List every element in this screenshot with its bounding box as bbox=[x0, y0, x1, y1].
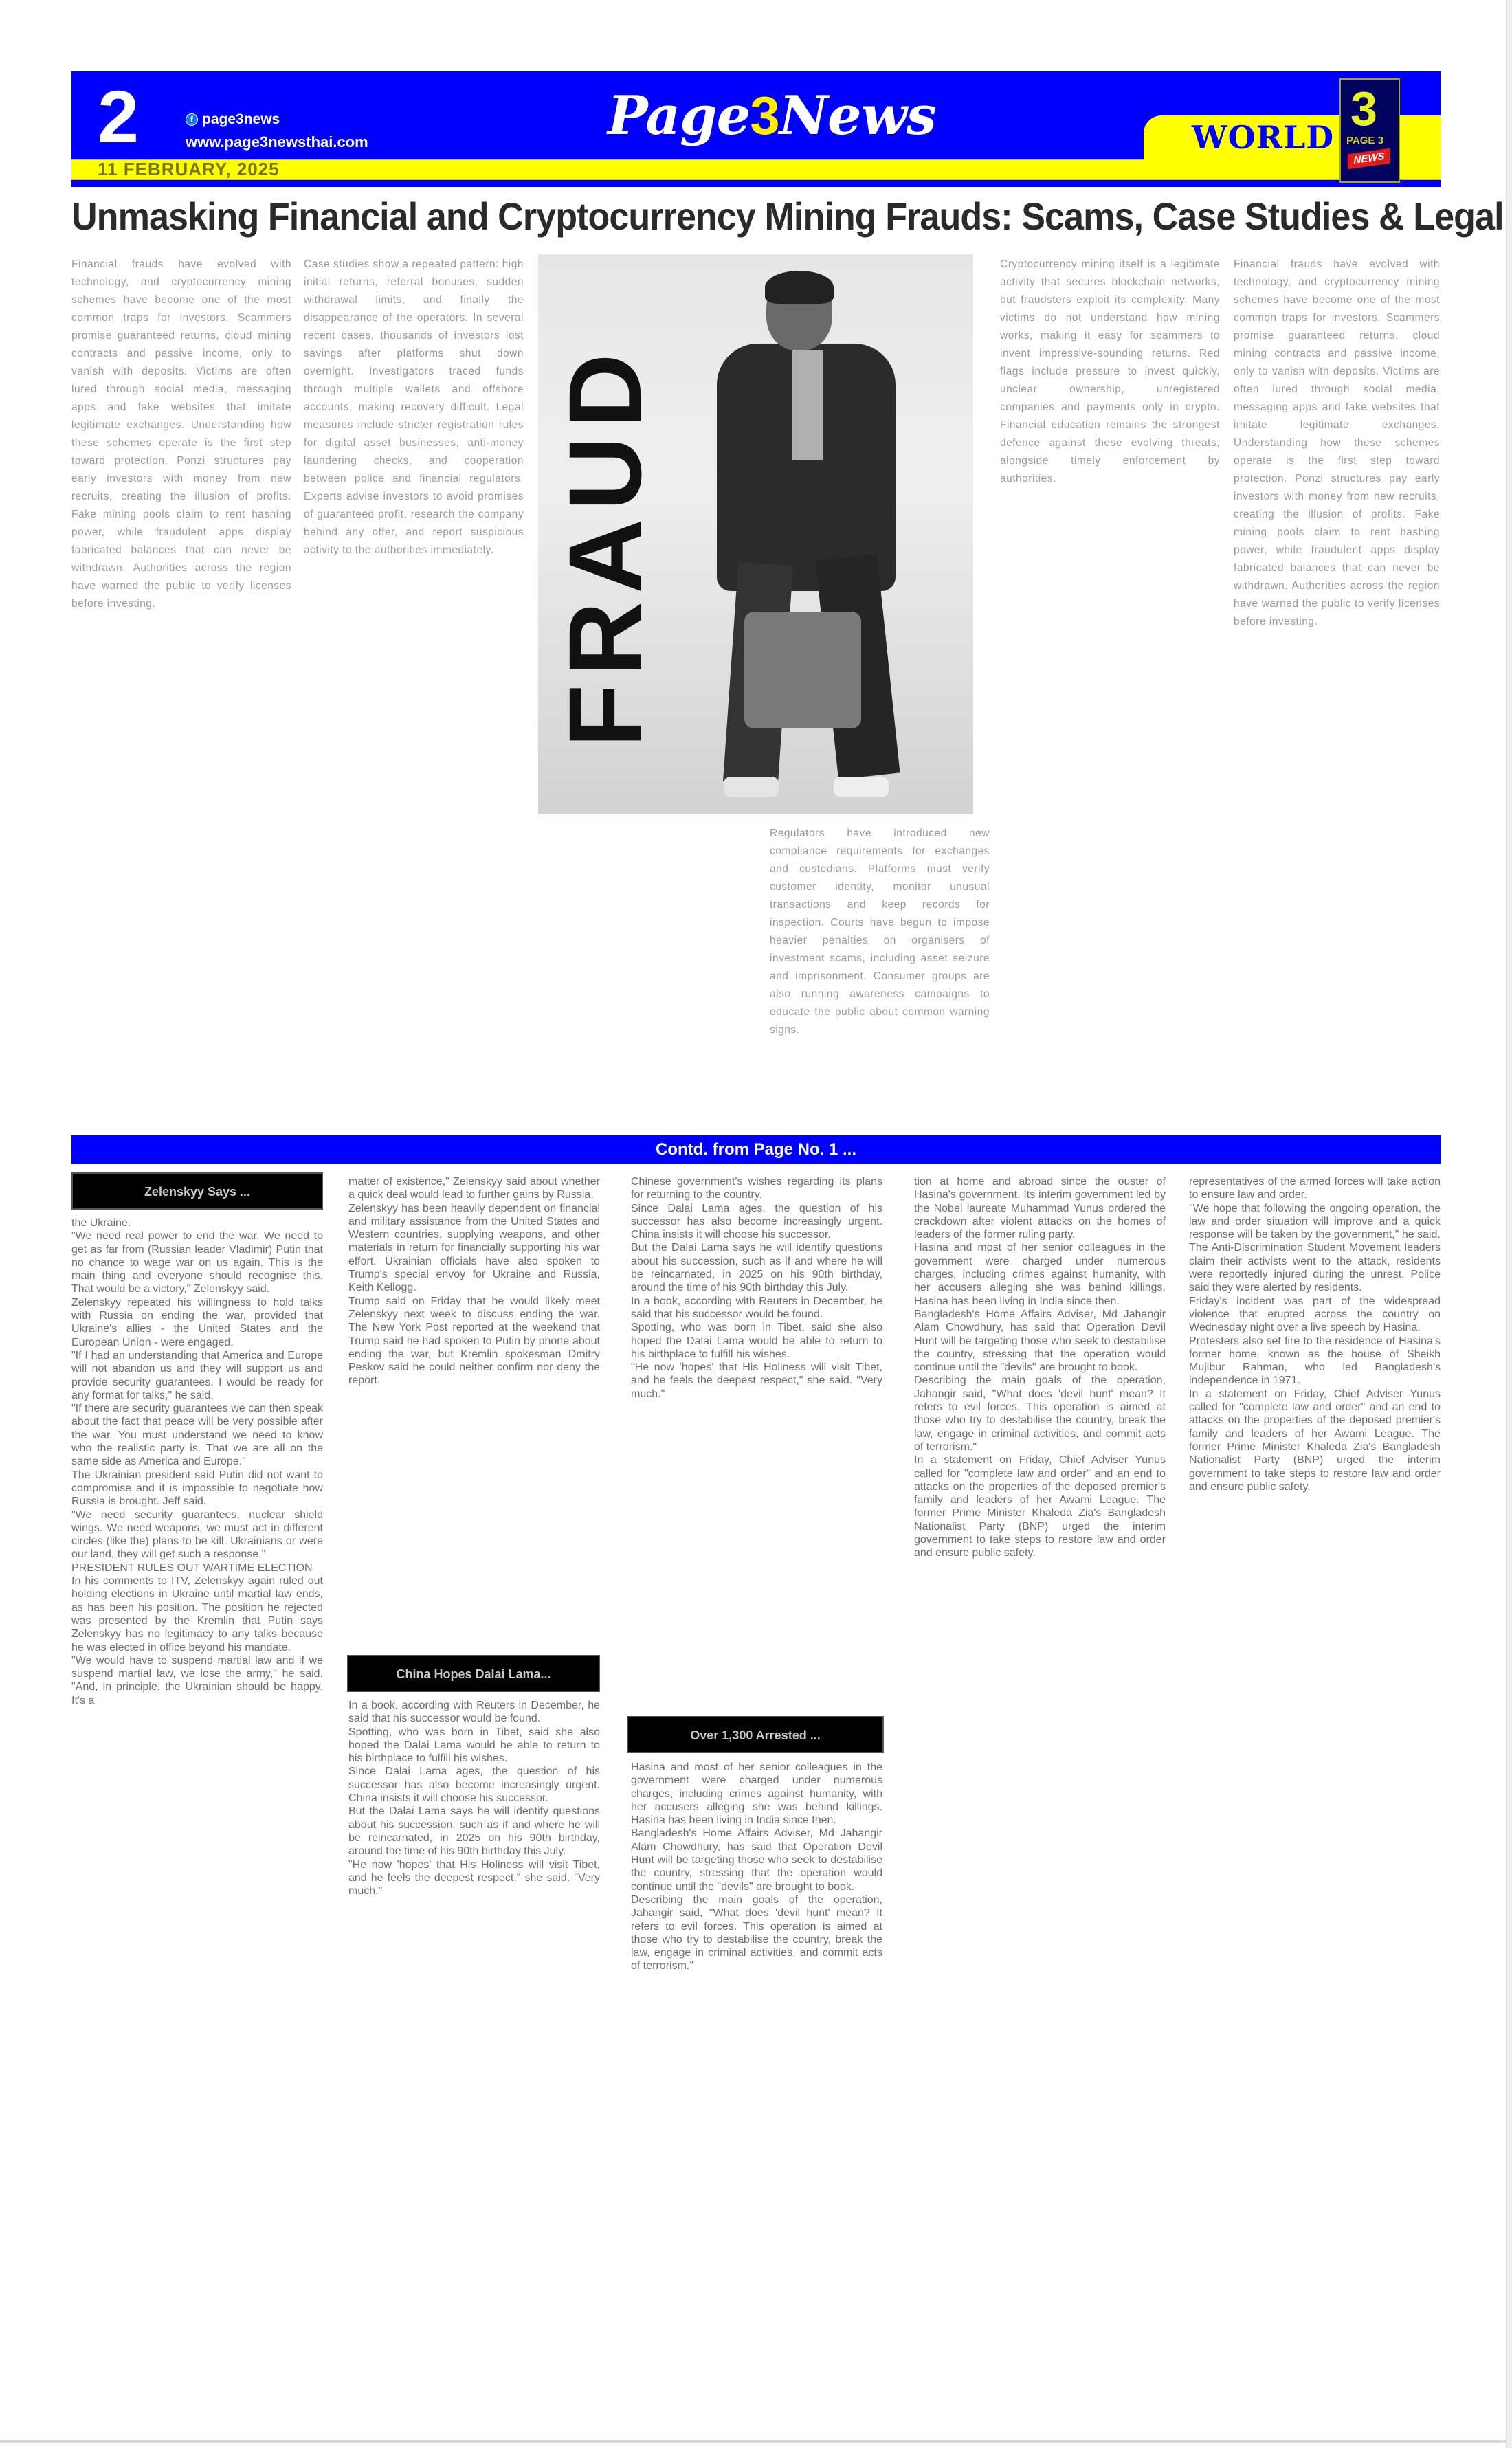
person-shirt bbox=[792, 350, 823, 460]
article-column-2: Case studies show a repeated pattern: hi… bbox=[304, 256, 524, 1122]
website-link[interactable]: www.page3newsthai.com bbox=[186, 133, 368, 151]
section-header-zelenskyy: Zelenskyy Says ... bbox=[71, 1172, 323, 1210]
issue-date: 11 FEBRUARY, 2025 bbox=[98, 159, 280, 179]
article-column-1: Financial frauds have evolved with techn… bbox=[71, 256, 291, 1122]
continued-column-1: the Ukraine. "We need real power to end … bbox=[71, 1216, 323, 2371]
shoe bbox=[724, 777, 779, 797]
article-column-5: Financial frauds have evolved with techn… bbox=[1234, 256, 1440, 1122]
section-label: WORLD bbox=[1192, 115, 1334, 159]
article-photo: FRAUD bbox=[538, 254, 973, 814]
shoe bbox=[834, 777, 889, 797]
continued-column-3: Chinese government's wishes regarding it… bbox=[631, 1175, 882, 1711]
fraud-text-graphic: FRAUD bbox=[560, 309, 649, 783]
section-header-china: China Hopes Dalai Lama... bbox=[347, 1655, 600, 1692]
facebook-handle[interactable]: fpage3news bbox=[186, 111, 280, 128]
continued-column-3b: Hasina and most of her senior colleagues… bbox=[631, 1761, 882, 2372]
logo-badge: 3 PAGE 3 NEWS bbox=[1339, 78, 1400, 183]
badge-page-text: PAGE 3 bbox=[1346, 135, 1383, 146]
continued-column-2b: In a book, according with Reuters in Dec… bbox=[348, 1699, 600, 2372]
badge-news-text: NEWS bbox=[1348, 148, 1390, 170]
article-column-3: Regulators have introduced new complianc… bbox=[770, 825, 990, 1120]
scrollbar[interactable] bbox=[1506, 0, 1512, 2448]
article-column-4: Cryptocurrency mining itself is a legiti… bbox=[1000, 256, 1220, 1122]
badge-number: 3 bbox=[1350, 82, 1377, 135]
continued-column-5: representatives of the armed forces will… bbox=[1189, 1175, 1441, 2371]
facebook-icon: f bbox=[186, 113, 198, 126]
page-number: 2 bbox=[98, 80, 139, 154]
continued-column-2: matter of existence," Zelenskyy said abo… bbox=[348, 1175, 600, 1649]
publication-logo: Page3News bbox=[608, 81, 936, 151]
section-header-arrested: Over 1,300 Arrested ... bbox=[627, 1716, 884, 1753]
person-hair bbox=[765, 271, 834, 304]
article-headline: Unmasking Financial and Cryptocurrency M… bbox=[71, 194, 1345, 238]
newspaper-page: 2 fpage3news www.page3newsthai.com 11 FE… bbox=[0, 0, 1507, 2443]
continued-column-4: tion at home and abroad since the ouster… bbox=[914, 1175, 1166, 2371]
briefcase bbox=[744, 612, 861, 728]
continued-banner: Contd. from Page No. 1 ... bbox=[71, 1135, 1441, 1164]
masthead: 2 fpage3news www.page3newsthai.com 11 FE… bbox=[71, 71, 1441, 187]
